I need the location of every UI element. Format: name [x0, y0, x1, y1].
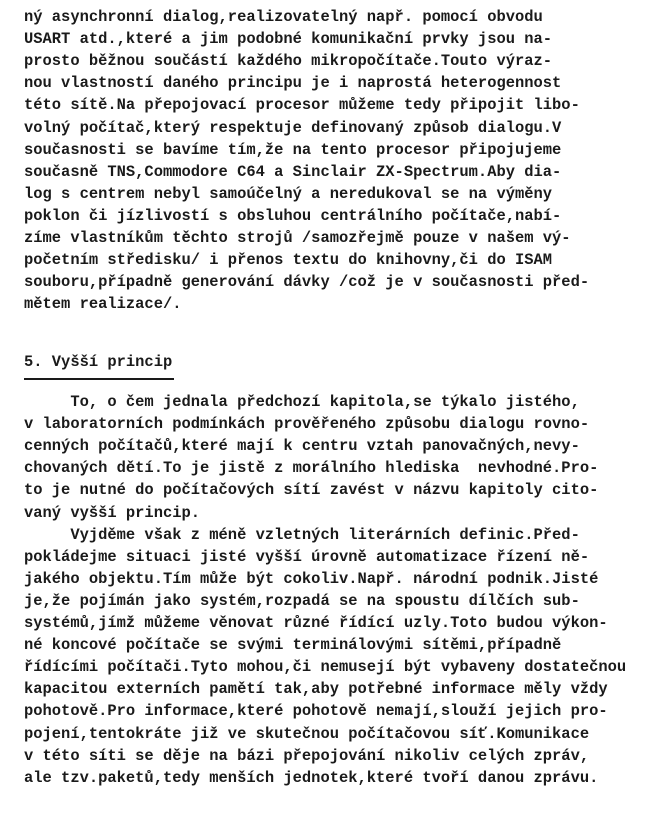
text-line: chovaných dětí.To je jistě z morálního h… [24, 459, 598, 477]
text-line: početním středisku/ i přenos textu do kn… [24, 251, 552, 269]
document-page: ný asynchronní dialog,realizovatelný nap… [0, 0, 645, 818]
text-line: kapacitou externích pamětí tak,aby potře… [24, 680, 608, 698]
text-line: současně TNS,Commodore C64 a Sinclair ZX… [24, 163, 561, 181]
text-line: pohotově.Pro informace,které pohotově ne… [24, 702, 608, 720]
text-line: jakého objektu.Tím může být cokoliv.Např… [24, 570, 598, 588]
text-line: To, o čem jednala předchozí kapitola,se … [24, 393, 580, 411]
text-line: volný počítač,který respektuje definovan… [24, 119, 561, 137]
text-line: systémů,jímž můžeme věnovat různé řídící… [24, 614, 608, 632]
text-line: Vyjděme však z méně vzletných literárníc… [24, 526, 580, 544]
text-line: cenných počítačů,které mají k centru vzt… [24, 437, 580, 455]
text-line: log s centrem nebyl samoúčelný a nereduk… [24, 185, 552, 203]
text-line: pojení,tentokráte již ve skutečnou počít… [24, 725, 589, 743]
text-line: řídícími počítači.Tyto mohou,či nemusejí… [24, 658, 626, 676]
section-heading: 5. Vyšší princip [24, 353, 172, 371]
text-line: poklon či jízlivostí s obsluhou centráln… [24, 207, 561, 225]
text-line: pokládejme situaci jisté vyšší úrovně au… [24, 548, 589, 566]
text-line: souboru,případně generování dávky /což j… [24, 273, 589, 291]
text-line: to je nutné do počítačových sítí zavést … [24, 481, 598, 499]
text-line: ale tzv.paketů,tedy menších jednotek,kte… [24, 769, 598, 787]
text-line: prosto běžnou součástí každého mikropočí… [24, 52, 552, 70]
text-line: v této síti se děje na bázi přepojování … [24, 747, 589, 765]
text-line: mětem realizace/. [24, 295, 182, 313]
text-line: této sítě.Na přepojovací procesor můžeme… [24, 96, 580, 114]
text-line: USART atd.,které a jim podobné komunikač… [24, 30, 552, 48]
text-line: nou vlastností daného principu je i napr… [24, 74, 561, 92]
text-line: v laboratorních podmínkách prověřeného z… [24, 415, 589, 433]
text-line: vaný vyšší princip. [24, 504, 200, 522]
text-line: né koncové počítače se svými terminálový… [24, 636, 561, 654]
text-line: současnosti se bavíme tím,že na tento pr… [24, 141, 561, 159]
text-line: ný asynchronní dialog,realizovatelný nap… [24, 8, 543, 26]
heading-underline [24, 378, 174, 380]
text-line: zíme vlastníkům těchto strojů /samozřejm… [24, 229, 571, 247]
text-line: je,že pojímán jako systém,rozpadá se na … [24, 592, 580, 610]
